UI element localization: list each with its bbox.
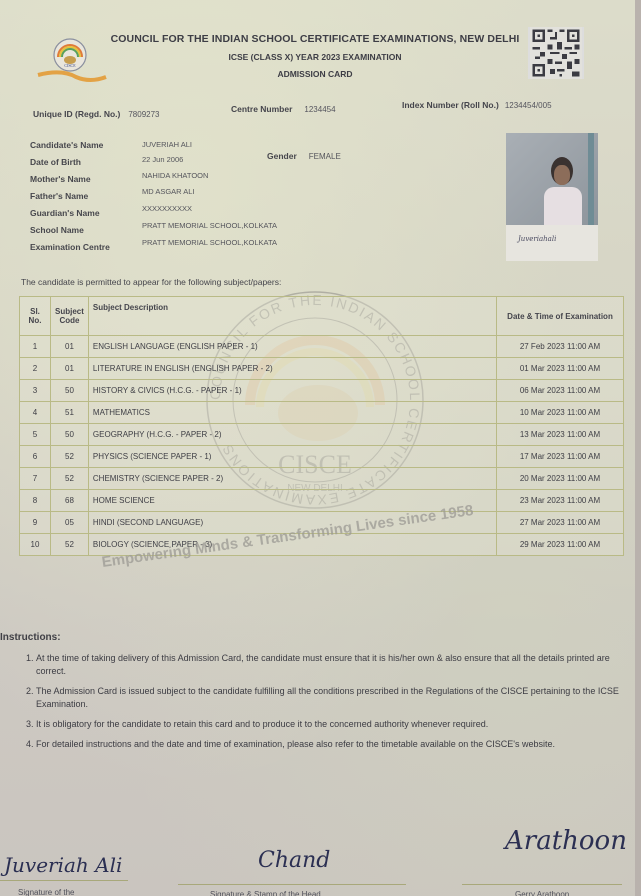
table-row: 752CHEMISTRY (SCIENCE PAPER - 2)20 Mar 2… [20,468,624,490]
cell-subject-code: 52 [51,534,89,556]
candidate-signature: Juveriah Ali [4,853,122,877]
qr-code-icon [528,27,584,79]
cell-sl-no: 8 [20,490,51,512]
header-sl-no: Sl. No. [20,297,51,336]
cell-sl-no: 7 [20,468,51,490]
index-number-value: 1234454/005 [505,101,552,110]
cell-date-time: 17 Mar 2023 11:00 AM [497,446,624,468]
gender-value: FEMALE [309,152,341,161]
gender: GenderFEMALE [267,151,341,161]
cell-date-time: 06 Mar 2023 11:00 AM [497,380,624,402]
detail-value: JUVERIAH ALI [142,140,192,149]
cell-date-time: 13 Mar 2023 11:00 AM [497,424,624,446]
cell-date-time: 27 Mar 2023 11:00 AM [497,512,624,534]
table-row: 101ENGLISH LANGUAGE (ENGLISH PAPER - 1)2… [20,336,624,358]
detail-label: Father's Name [30,191,88,201]
detail-label: Guardian's Name [30,208,100,218]
cell-subject-code: 01 [51,336,89,358]
candidate-signature-line [0,880,128,881]
centre-number-value: 1234454 [304,105,335,114]
table-row: 652PHYSICS (SCIENCE PAPER - 1)17 Mar 202… [20,446,624,468]
doc-title: ADMISSION CARD [110,69,520,79]
table-row: 451MATHEMATICS10 Mar 2023 11:00 AM [20,402,624,424]
cell-subject-description: HISTORY & CIVICS (H.C.G. - PAPER - 1) [88,380,496,402]
table-header-row: Sl. No. Subject Code Subject Description… [20,297,624,336]
cell-subject-description: GEOGRAPHY (H.C.G. - PAPER - 2) [88,424,496,446]
cell-sl-no: 4 [20,402,51,424]
cell-sl-no: 1 [20,336,51,358]
cell-sl-no: 10 [20,534,51,556]
header-date-time: Date & Time of Examination [497,297,624,336]
cell-sl-no: 5 [20,424,51,446]
table-row: 201LITERATURE IN ENGLISH (ENGLISH PAPER … [20,358,624,380]
unique-id-value: 7809273 [128,110,159,119]
cell-subject-description: PHYSICS (SCIENCE PAPER - 1) [88,446,496,468]
head-signature: Chand [258,848,330,873]
cell-date-time: 20 Mar 2023 11:00 AM [497,468,624,490]
instruction-item: For detailed instructions and the date a… [36,738,636,751]
permit-statement: The candidate is permitted to appear for… [21,277,281,287]
candidate-photo-card: Juveriahali [506,133,598,261]
subjects-table: Sl. No. Subject Code Subject Description… [19,296,624,556]
detail-value: NAHIDA KHATOON [142,171,208,180]
unique-id-label: Unique ID (Regd. No.) [33,109,120,119]
centre-number-label: Centre Number [231,104,292,114]
cell-subject-description: CHEMISTRY (SCIENCE PAPER - 2) [88,468,496,490]
cell-date-time: 10 Mar 2023 11:00 AM [497,402,624,424]
table-row: 868HOME SCIENCE23 Mar 2023 11:00 AM [20,490,624,512]
cisce-logo-icon: CISCE [32,33,110,85]
cell-sl-no: 2 [20,358,51,380]
secretary-signature-line [462,884,622,885]
cell-subject-code: 05 [51,512,89,534]
cell-subject-code: 50 [51,424,89,446]
cell-sl-no: 6 [20,446,51,468]
cell-sl-no: 3 [20,380,51,402]
svg-text:CISCE: CISCE [64,63,76,68]
instruction-item: At the time of taking delivery of this A… [36,652,636,678]
header-subject-code: Subject Code [51,297,89,336]
photo-signature: Juveriahali [518,235,556,243]
detail-label: Mother's Name [30,174,91,184]
gender-label: Gender [267,151,297,161]
cell-subject-code: 68 [51,490,89,512]
candidate-photo [506,133,598,225]
cell-subject-code: 01 [51,358,89,380]
centre-number: Centre Number1234454 [231,104,336,114]
detail-value: XXXXXXXXXX [142,204,192,213]
cell-subject-description: ENGLISH LANGUAGE (ENGLISH PAPER - 1) [88,336,496,358]
exam-title: ICSE (CLASS X) YEAR 2023 EXAMINATION [110,52,520,62]
instruction-item: The Admission Card is issued subject to … [36,685,636,711]
instruction-item: It is obligatory for the candidate to re… [36,718,636,731]
cell-date-time: 29 Mar 2023 11:00 AM [497,534,624,556]
detail-value: PRATT MEMORIAL SCHOOL,KOLKATA [142,221,277,230]
index-number-label: Index Number (Roll No.) [402,100,499,110]
cell-date-time: 27 Feb 2023 11:00 AM [497,336,624,358]
index-number: Index Number (Roll No.)1234454/005 [402,100,552,110]
table-row: 550GEOGRAPHY (H.C.G. - PAPER - 2)13 Mar … [20,424,624,446]
cell-sl-no: 9 [20,512,51,534]
instructions-title: Instructions: [0,632,61,643]
org-title: COUNCIL FOR THE INDIAN SCHOOL CERTIFICAT… [110,33,520,45]
head-signature-caption: Signature & Stamp of the Head [210,890,321,896]
paper-edge [635,0,641,896]
instructions-list: At the time of taking delivery of this A… [14,652,636,758]
cell-subject-code: 50 [51,380,89,402]
cell-date-time: 23 Mar 2023 11:00 AM [497,490,624,512]
detail-value: 22 Jun 2006 [142,155,183,164]
detail-label: Examination Centre [30,242,110,252]
cell-date-time: 01 Mar 2023 11:00 AM [497,358,624,380]
cell-subject-code: 52 [51,468,89,490]
cell-subject-code: 52 [51,446,89,468]
head-signature-line [178,884,406,885]
table-row: 350HISTORY & CIVICS (H.C.G. - PAPER - 1)… [20,380,624,402]
candidate-signature-caption: Signature of the [18,888,74,896]
secretary-signature-caption: Gerry Arathoon [515,890,569,896]
detail-value: PRATT MEMORIAL SCHOOL,KOLKATA [142,238,277,247]
header-subject-description: Subject Description [88,297,496,336]
detail-value: MD ASGAR ALI [142,187,195,196]
cell-subject-description: LITERATURE IN ENGLISH (ENGLISH PAPER - 2… [88,358,496,380]
detail-label: Candidate's Name [30,140,103,150]
secretary-signature: Arathoon [505,826,627,856]
cell-subject-description: MATHEMATICS [88,402,496,424]
detail-label: School Name [30,225,84,235]
detail-label: Date of Birth [30,157,81,167]
cell-subject-code: 51 [51,402,89,424]
unique-id: Unique ID (Regd. No.)7809273 [33,109,160,119]
